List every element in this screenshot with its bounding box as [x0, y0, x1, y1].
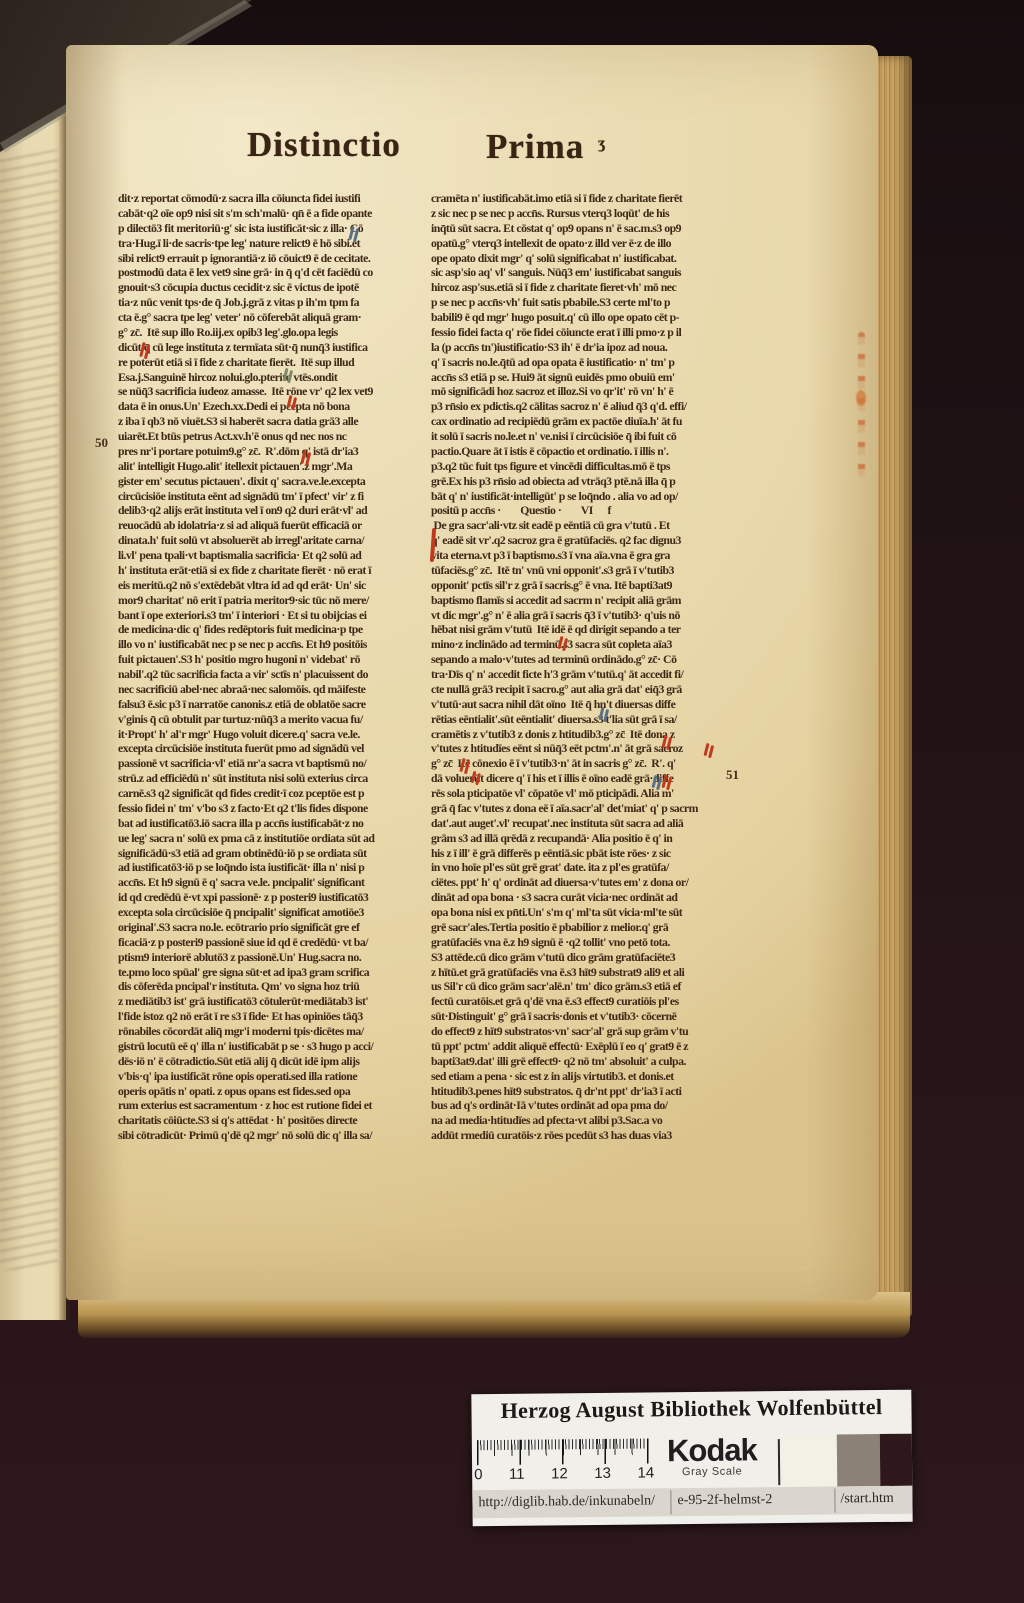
- text-line: gister em' secutus pictauen'. dixit q' s…: [118, 474, 427, 489]
- text-line: accn̄s. Et h9 signū ē q' sacra ve.le. pn…: [118, 875, 427, 890]
- text-line: it solū ī sacris no.le.et n' ve.nisi ī c…: [431, 429, 742, 444]
- text-line: cramētis z v'tutib3 z donis z htitudib3.…: [431, 727, 742, 742]
- text-line: te.pmo loco spūal' gre signa sūt·et ad i…: [118, 965, 427, 980]
- ruler: 011121314: [477, 1438, 649, 1486]
- text-line: na ad media·htitudīes ad pfecta·vt alibi…: [431, 1113, 742, 1128]
- text-column-left: dit·z reportat cōmodū·z sacra illa cōiun…: [118, 191, 427, 1144]
- text-line: in vno hoīe pl'es sūt grē grat' date. it…: [431, 860, 742, 875]
- text-line: v'tutū·aut sacra nihil dāt oīno Itē q̄ h…: [431, 697, 742, 712]
- text-line: mino·z inclinādo ad terminū.s3 sacra sūt…: [431, 637, 742, 652]
- text-line: se nūq̄3 sacrificia iudeoz amasse. Itē r…: [118, 384, 427, 399]
- text-line: sibi relict9 errauit p ignorantiā·z iō c…: [118, 251, 427, 266]
- gray-scale-patch-white: [782, 1434, 838, 1487]
- running-title-mark: ʒ: [598, 135, 605, 153]
- text-line: ue leg' sacra n' solū ex pma cā z instit…: [118, 831, 427, 846]
- url-separator: [670, 1490, 671, 1514]
- text-line: fuit pictauen'.S3 h' positio mgro hugoni…: [118, 652, 427, 667]
- start-page-path: /start.htm: [840, 1491, 893, 1508]
- text-line: S3 attēde.cū dico grām v'tutū dico grām …: [431, 950, 742, 965]
- url-separator: [834, 1489, 835, 1513]
- library-color-bar: Herzog August Bibliothek Wolfenbüttel 01…: [471, 1390, 912, 1527]
- text-line: excepta sola circūcisiōe q̄ pncipalit' s…: [118, 905, 427, 920]
- text-line: hēbat nisi grām v'tutū Itē idē ē qd diri…: [431, 622, 742, 637]
- text-line: cabāt·q2 oīe op9 nisi sit s'm sch'malū· …: [118, 206, 427, 221]
- manuscript-page: Distinctio Prima ʒ dit·z reportat cōmodū…: [66, 45, 878, 1300]
- margin-note: 50: [95, 435, 108, 451]
- text-line: sibi cōtradicūt· Primū q'dē q2 mgr' nō s…: [118, 1128, 427, 1143]
- text-line: uiarēt.Et btūs petrus Act.xv.h'ē onus qd…: [118, 429, 427, 444]
- gray-scale-patch-dark: [880, 1434, 913, 1486]
- text-line: gistrū locutū eē q' illa n' iustificabāt…: [118, 1039, 427, 1054]
- text-line: z mediātib3 ist' grā iustificatō3 cōtule…: [118, 994, 427, 1009]
- gray-scale-patch-gray: [837, 1434, 881, 1486]
- ruler-number: 12: [551, 1465, 568, 1482]
- shelfmark: e-95-2f-helmst-2: [677, 1492, 772, 1509]
- text-line: it·Propt' h' al'r mgr' Hugo voluit dicer…: [118, 727, 427, 742]
- label-url-row: http://diglib.hab.de/inkunabeln/ e-95-2f…: [472, 1486, 912, 1519]
- text-line: dicūt'q̄ cū lege instituta z termīata sū…: [118, 340, 427, 355]
- text-line: bant ī ope exteriori.s3 tm' ī interiori …: [118, 608, 427, 623]
- text-line: nabil'.q2 tūc sacrificia facta a vir' sc…: [118, 667, 427, 682]
- ruler-number: 13: [594, 1465, 611, 1482]
- text-line: operis opātis n' opati. z opus opans est…: [118, 1084, 427, 1099]
- text-line: pactio.Quare āt ī istis ē cōpactio et or…: [431, 444, 742, 459]
- text-line: dat'.aut auget'.vl' recupat'.nec institu…: [431, 816, 742, 831]
- text-line: nec sacrificiū abel·nec abraā·nec salomō…: [118, 682, 427, 697]
- book-fore-edge: [877, 56, 912, 1318]
- text-line: charitatis cōiūcte.S3 si q's attēdat · h…: [118, 1113, 427, 1128]
- text-line: sepando a malo·v'tutes ad terminū ordinā…: [431, 652, 742, 667]
- text-line: mō significādi hoz sacroz et illoz.Si vo…: [431, 384, 742, 399]
- text-line: ficaciā·z p posteri9 passionē siue id qd…: [118, 935, 427, 950]
- text-line: illo vo n' iustificabāt nec p se nec p a…: [118, 637, 427, 652]
- text-line: rēs sola pticipatōe vl' cōpatōe vl' mō p…: [431, 786, 742, 801]
- text-line: baptismo flamīs si accedit ad sacrm n' r…: [431, 593, 742, 608]
- text-line: de medicina·dic q' fides redēptoris fuit…: [118, 622, 427, 637]
- running-title-right: Prima: [486, 127, 584, 167]
- text-line: bus ad q's ordināt·Iā v'tutes ordināt ad…: [431, 1098, 742, 1113]
- text-line: pres nr'i portare potuim9.g° zc̄. R'.dōm…: [118, 444, 427, 459]
- text-line: g° zc̄ Itē cōnexio ē ī v'tutib3·n' āt in…: [431, 756, 742, 771]
- text-line: passionē vt sacrificia·vl' etiā nr'a sac…: [118, 756, 427, 771]
- text-line: bat ad iustificatō3.iō sacra illa p accn…: [118, 816, 427, 831]
- text-line: delib3·q2 alijs erāt instituta vel ī on9…: [118, 503, 427, 518]
- text-line: id qd credēdū ē·vt xpi passionē· z p pos…: [118, 890, 427, 905]
- text-line: q' eadē sit vr'.q2 sacroz gra ē gratūfac…: [431, 533, 742, 548]
- text-line: li.vl' pena tpali·vt baptismalia sacrifi…: [118, 548, 427, 563]
- text-line: cte nullā grā3 recipit ī sacro.g° aut al…: [431, 682, 742, 697]
- running-title-left: Distinctio: [247, 125, 401, 165]
- ruler-number: 0: [474, 1466, 483, 1483]
- text-line: bāt q' n' iustificāt·intelligūt' p se lo…: [431, 489, 742, 504]
- kodak-block: Kodak Gray Scale: [650, 1435, 774, 1478]
- text-line: dā voluerūt dicere q' ī his et ī illis ē…: [431, 771, 742, 786]
- text-line: Esa.j.Sanguinē hircoz nolui.glo.pterito …: [118, 370, 427, 385]
- gray-scale-patches: [782, 1434, 913, 1487]
- text-line: grē sacr'ales.Tertia positio ē pbabilior…: [431, 920, 742, 935]
- text-line: ope opato dixit mgr' q' solū significaba…: [431, 251, 742, 266]
- text-line: tūfaciēs.g° zc̄. Itē tn' vnū vni opponit…: [431, 563, 742, 578]
- text-line: reuocādū ab idolatria·z si ad aliquā fue…: [118, 518, 427, 533]
- text-line: cramēta n' iustificabāt.imo etiā si ī fi…: [431, 191, 742, 206]
- text-line: rētias eēntialit'.sūt eēntialit' diuersa…: [431, 712, 742, 727]
- text-line: sūt·Distinguit' g° grā ī sacris·donis et…: [431, 1009, 742, 1024]
- text-line: h' instituta erāt·etiā si ex fide z char…: [118, 563, 427, 578]
- text-line: data ē in onus.Un' Ezech.xx.Dedi ei pcep…: [118, 399, 427, 414]
- library-name: Herzog August Bibliothek Wolfenbüttel: [471, 1394, 911, 1425]
- ruler-number: 11: [509, 1466, 525, 1483]
- kodak-divider-line: [778, 1439, 780, 1485]
- text-line: fectū curatōis.et grā q'dē vna ē.s3 effe…: [431, 994, 742, 1009]
- text-line: p3 rn̄sio ex pdictis.q2 cālitas sacroz n…: [431, 399, 742, 414]
- text-line: hircoz asp'sus.etiā si ī fide z charitat…: [431, 280, 742, 295]
- text-line: significādū·s3 etiā ad gram obtinēdū·iō …: [118, 846, 427, 861]
- text-line: tū ppt' pctm' addit aliquē effectū· Exēp…: [431, 1039, 742, 1054]
- text-line: sed etiam a pena · sic est z in alijs vi…: [431, 1069, 742, 1084]
- text-line: cax ordinatio ad recipiēdū grām ex pactō…: [431, 414, 742, 429]
- text-line: rōnabiles cōcordāt aliq̄ mgr'i moderni t…: [118, 1024, 427, 1039]
- text-line: circūcisiōe instituta eēnt ad signādū tm…: [118, 489, 427, 504]
- text-line: z hītū.et grā gratūfaciēs vna ē.s3 hīt9 …: [431, 965, 742, 980]
- text-line: gnouit·s3 cōcupia ductus cecidit·z sic ē…: [118, 280, 427, 295]
- text-line: p dilectō3 fit meritoriū·g' sic ista ius…: [118, 221, 427, 236]
- text-line: v'bis·q' ipa iustificāt rōne opis operat…: [118, 1069, 427, 1084]
- text-line: vt dic mgr'.g° n' ē alia grā ī sacris q̄…: [431, 608, 742, 623]
- text-line: do effect9 z hīt9 substratos·vn' sacr'al…: [431, 1024, 742, 1039]
- text-line: gratūfaciēs vna ē.z h9 signū ē ·q2 tolli…: [431, 935, 742, 950]
- text-line: p se nec p accn̄s·vh' fuit satis pbabile…: [431, 295, 742, 310]
- text-line: l'fide istoz q2 nō erāt ī re s3 ī fide· …: [118, 1009, 427, 1024]
- margin-note: 51: [726, 767, 739, 783]
- text-line: cta ē.g° sacra tpe leg' veter' nō cōfere…: [118, 310, 427, 325]
- text-line: z iba ī qb3 nō viuēt.S3 si haberēt sacra…: [118, 414, 427, 429]
- text-line: fessio fidei facta q' rōe fidei cōiuncte…: [431, 325, 742, 340]
- text-line: us Sil'r cū dico grām sacr'alē.n' tm' di…: [431, 979, 742, 994]
- text-line: dit·z reportat cōmodū·z sacra illa cōiun…: [118, 191, 427, 206]
- text-line: fessio fidei n' tm' v'bo s3 z facto·Et q…: [118, 801, 427, 816]
- text-line: falsu3 ē.sic p3 ī narratōe canonis.z eti…: [118, 697, 427, 712]
- text-line: strū.z ad efficiēdū n' sūt instituta nis…: [118, 771, 427, 786]
- text-line: inq̄tū sūt sacra. Et cōstat q' op9 opans…: [431, 221, 742, 236]
- text-line: v'tutes z htitudīes eēnt si nūq̄3 eēt pc…: [431, 741, 742, 756]
- text-line: q' ī sacris no.le.q̄tū ad opa opata ē iu…: [431, 355, 742, 370]
- text-line: bapti3at9.dat' illi grē effect9· q2 nō t…: [431, 1054, 742, 1069]
- text-line: dinata.h' fuit solū vt absoluerēt ab irr…: [118, 533, 427, 548]
- text-line: dēs·iō n' ē cōtradictio.Sūt etiā alij q̄…: [118, 1054, 427, 1069]
- text-line: dināt ad opa bona · s3 sacra curāt vicia…: [431, 890, 742, 905]
- text-line: De gra sacr'ali·vtz sit eadē p eēntiā cū…: [431, 518, 742, 533]
- text-line: sic asp'sio aq' vl' sanguis. Nūq̄3 em' i…: [431, 265, 742, 280]
- text-line: addūt rmediū curatōis·z rōes pcedūt s3 h…: [431, 1128, 742, 1143]
- text-line: positū p accn̄s · Questio · VI f: [431, 503, 742, 518]
- text-line: vita eterna.vt p3 ī baptismo.s3 ī vna aī…: [431, 548, 742, 563]
- text-line: tra·Dīs q' n' accedit ficte h'3 grām v't…: [431, 667, 742, 682]
- text-line: grā q̄ fac v'tutes z dona eē ī aīa.sacr'…: [431, 801, 742, 816]
- scan-stage: Distinctio Prima ʒ dit·z reportat cōmodū…: [0, 0, 1024, 1603]
- ruler-numbers: 011121314: [474, 1464, 654, 1483]
- text-line: his z ī ill' ē grā differēs p eēntiā.sic…: [431, 846, 742, 861]
- text-line: ad iustificatō3·iō p se loq̄ndo ista ius…: [118, 860, 427, 875]
- text-line: carnē.s3 q2 significāt qd fides credit·ī…: [118, 786, 427, 801]
- text-line: dis cōferēda pncipal'r instituta. Qm' vo…: [118, 979, 427, 994]
- text-line: g° zc̄. Itē sup illo Ro.iij.ex opib3 leg…: [118, 325, 427, 340]
- text-line: excepta circūcisiōe instituta fuerūt pmo…: [118, 741, 427, 756]
- text-line: v'ginis q̄ cū obtulit par turtuz·nūq̄3 a…: [118, 712, 427, 727]
- text-line: babili9 ē qd mgr' hugo posuit.q' cū illo…: [431, 310, 742, 325]
- text-line: tia·z nūc venit tps·de q̄ Job.j.grā z vi…: [118, 295, 427, 310]
- text-line: postmodū data ē lex vet9 sine grā· in q̄…: [118, 265, 427, 280]
- text-line: rum exterius est sacramentum · z hoc est…: [118, 1098, 427, 1113]
- text-line: re poterūt etiā si ī fide z charitate fi…: [118, 355, 427, 370]
- text-line: eis meritū.q2 nō s'extēdebāt vltra id ad…: [118, 578, 427, 593]
- ruler-ticks-major: [477, 1438, 649, 1465]
- red-stain: [858, 332, 865, 477]
- text-line: grē.Ex his p3 rn̄sio ad obiecta ad vtrāq…: [431, 474, 742, 489]
- text-line: opatū.g° vterq3 intellexit de opato·z il…: [431, 236, 742, 251]
- text-line: mor9 charitat' nō erit ī patria meritor9…: [118, 593, 427, 608]
- text-line: la (p accn̄s tn')iustificatio·S3 ih' ē d…: [431, 340, 742, 355]
- kodak-wordmark: Kodak: [650, 1435, 774, 1466]
- text-line: opponit' pctīs sil'r z grā ī sacris.g° ē…: [431, 578, 742, 593]
- text-line: accn̄s s3 etiā p se. Hui9 āt signū euidē…: [431, 370, 742, 385]
- previous-leaf-showthrough-text: [0, 150, 58, 1270]
- text-line: p3.q2 tūc fuit tps figure et vincēdi dif…: [431, 459, 742, 474]
- text-line: original'.S3 sacra no.le. ecōtrario prio…: [118, 920, 427, 935]
- text-column-right: cramēta n' iustificabāt.imo etiā si ī fi…: [431, 191, 742, 1144]
- text-line: ptism9 interiorē ablutō3 z passionē.Un' …: [118, 950, 427, 965]
- digitization-url: http://diglib.hab.de/inkunabeln/: [478, 1493, 655, 1511]
- text-line: ciētes. ppt' h' q' ordināt ad diuersa·v'…: [431, 875, 742, 890]
- text-line: tra·Hug.ī li·de sacris·tpe leg' nature r…: [118, 236, 427, 251]
- text-line: htitudib3.penes hīt9 substratos. q̄ dr'n…: [431, 1084, 742, 1099]
- text-line: grām s3 ad illā qrēdā z recupandā· Alia …: [431, 831, 742, 846]
- text-line: z sic nec p se nec p accn̄s. Rursus vter…: [431, 206, 742, 221]
- text-line: alit' intelligit Hugo.alit' itellexit pi…: [118, 459, 427, 474]
- text-line: opa bona nisi ex pn̄ti.Un' s'm q' ml'ta …: [431, 905, 742, 920]
